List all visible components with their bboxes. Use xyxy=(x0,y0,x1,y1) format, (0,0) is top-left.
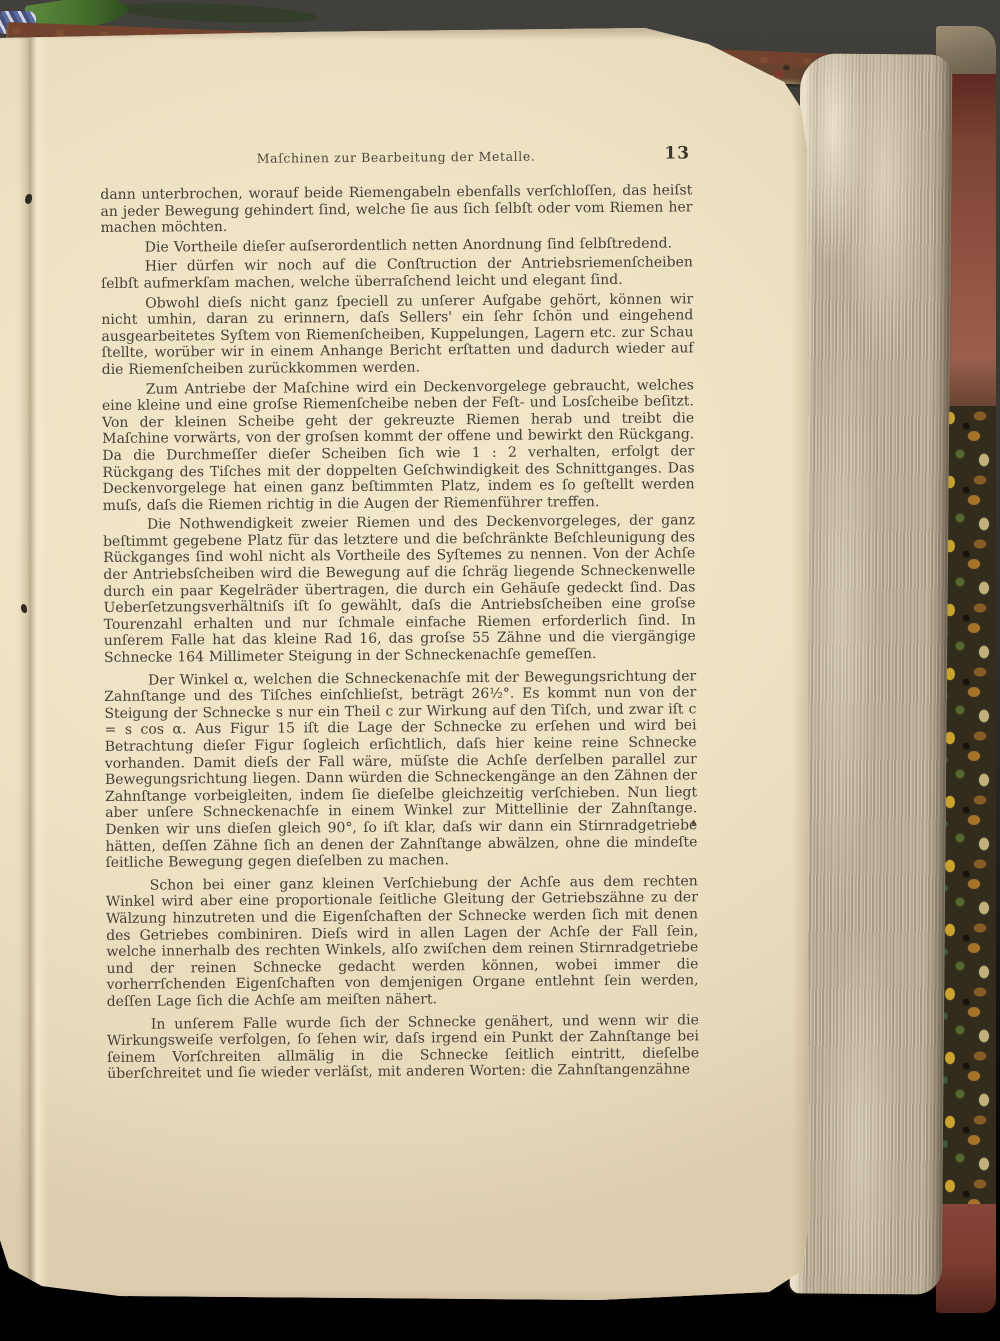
text-block: dann unterbrochen, worauf beide Riemenga… xyxy=(100,182,699,1082)
paragraph: Obwohl dieſs nicht ganz ſpeciell zu unſe… xyxy=(101,291,694,379)
page-text: Maſchinen zur Bearbeitung der Metalle. 1… xyxy=(100,147,699,1085)
paragraph: Zum Antriebe der Maſchine wird ein Decke… xyxy=(102,377,695,514)
paragraph: Die Vortheile dieſer auſserordentlich ne… xyxy=(101,235,693,256)
paragraph: dann unterbrochen, worauf beide Riemenga… xyxy=(100,182,692,236)
running-title: Maſchinen zur Bearbeitung der Metalle. xyxy=(100,147,692,167)
paragraph: Der Winkel α, welchen die Schneckenachſe… xyxy=(104,668,698,872)
page-header: Maſchinen zur Bearbeitung der Metalle. 1… xyxy=(100,147,692,170)
scanned-book-page: Maſchinen zur Bearbeitung der Metalle. 1… xyxy=(0,0,1000,1341)
ink-speck xyxy=(21,604,27,613)
page-stack-fore-edge xyxy=(790,53,953,1294)
leather-corner-bottom xyxy=(936,1204,996,1313)
paragraph: Schon bei einer ganz kleinen Verſchiebun… xyxy=(106,873,699,1010)
page-number: 13 xyxy=(664,143,690,163)
paragraph: In unſerem Falle wurde ſich der Schnecke… xyxy=(107,1012,700,1083)
paragraph: Hier dürfen wir noch auf die Conſtructio… xyxy=(101,255,693,293)
gutter-crease xyxy=(18,28,48,1306)
paragraph: Die Nothwendigkeit zweier Riemen und des… xyxy=(103,513,696,667)
